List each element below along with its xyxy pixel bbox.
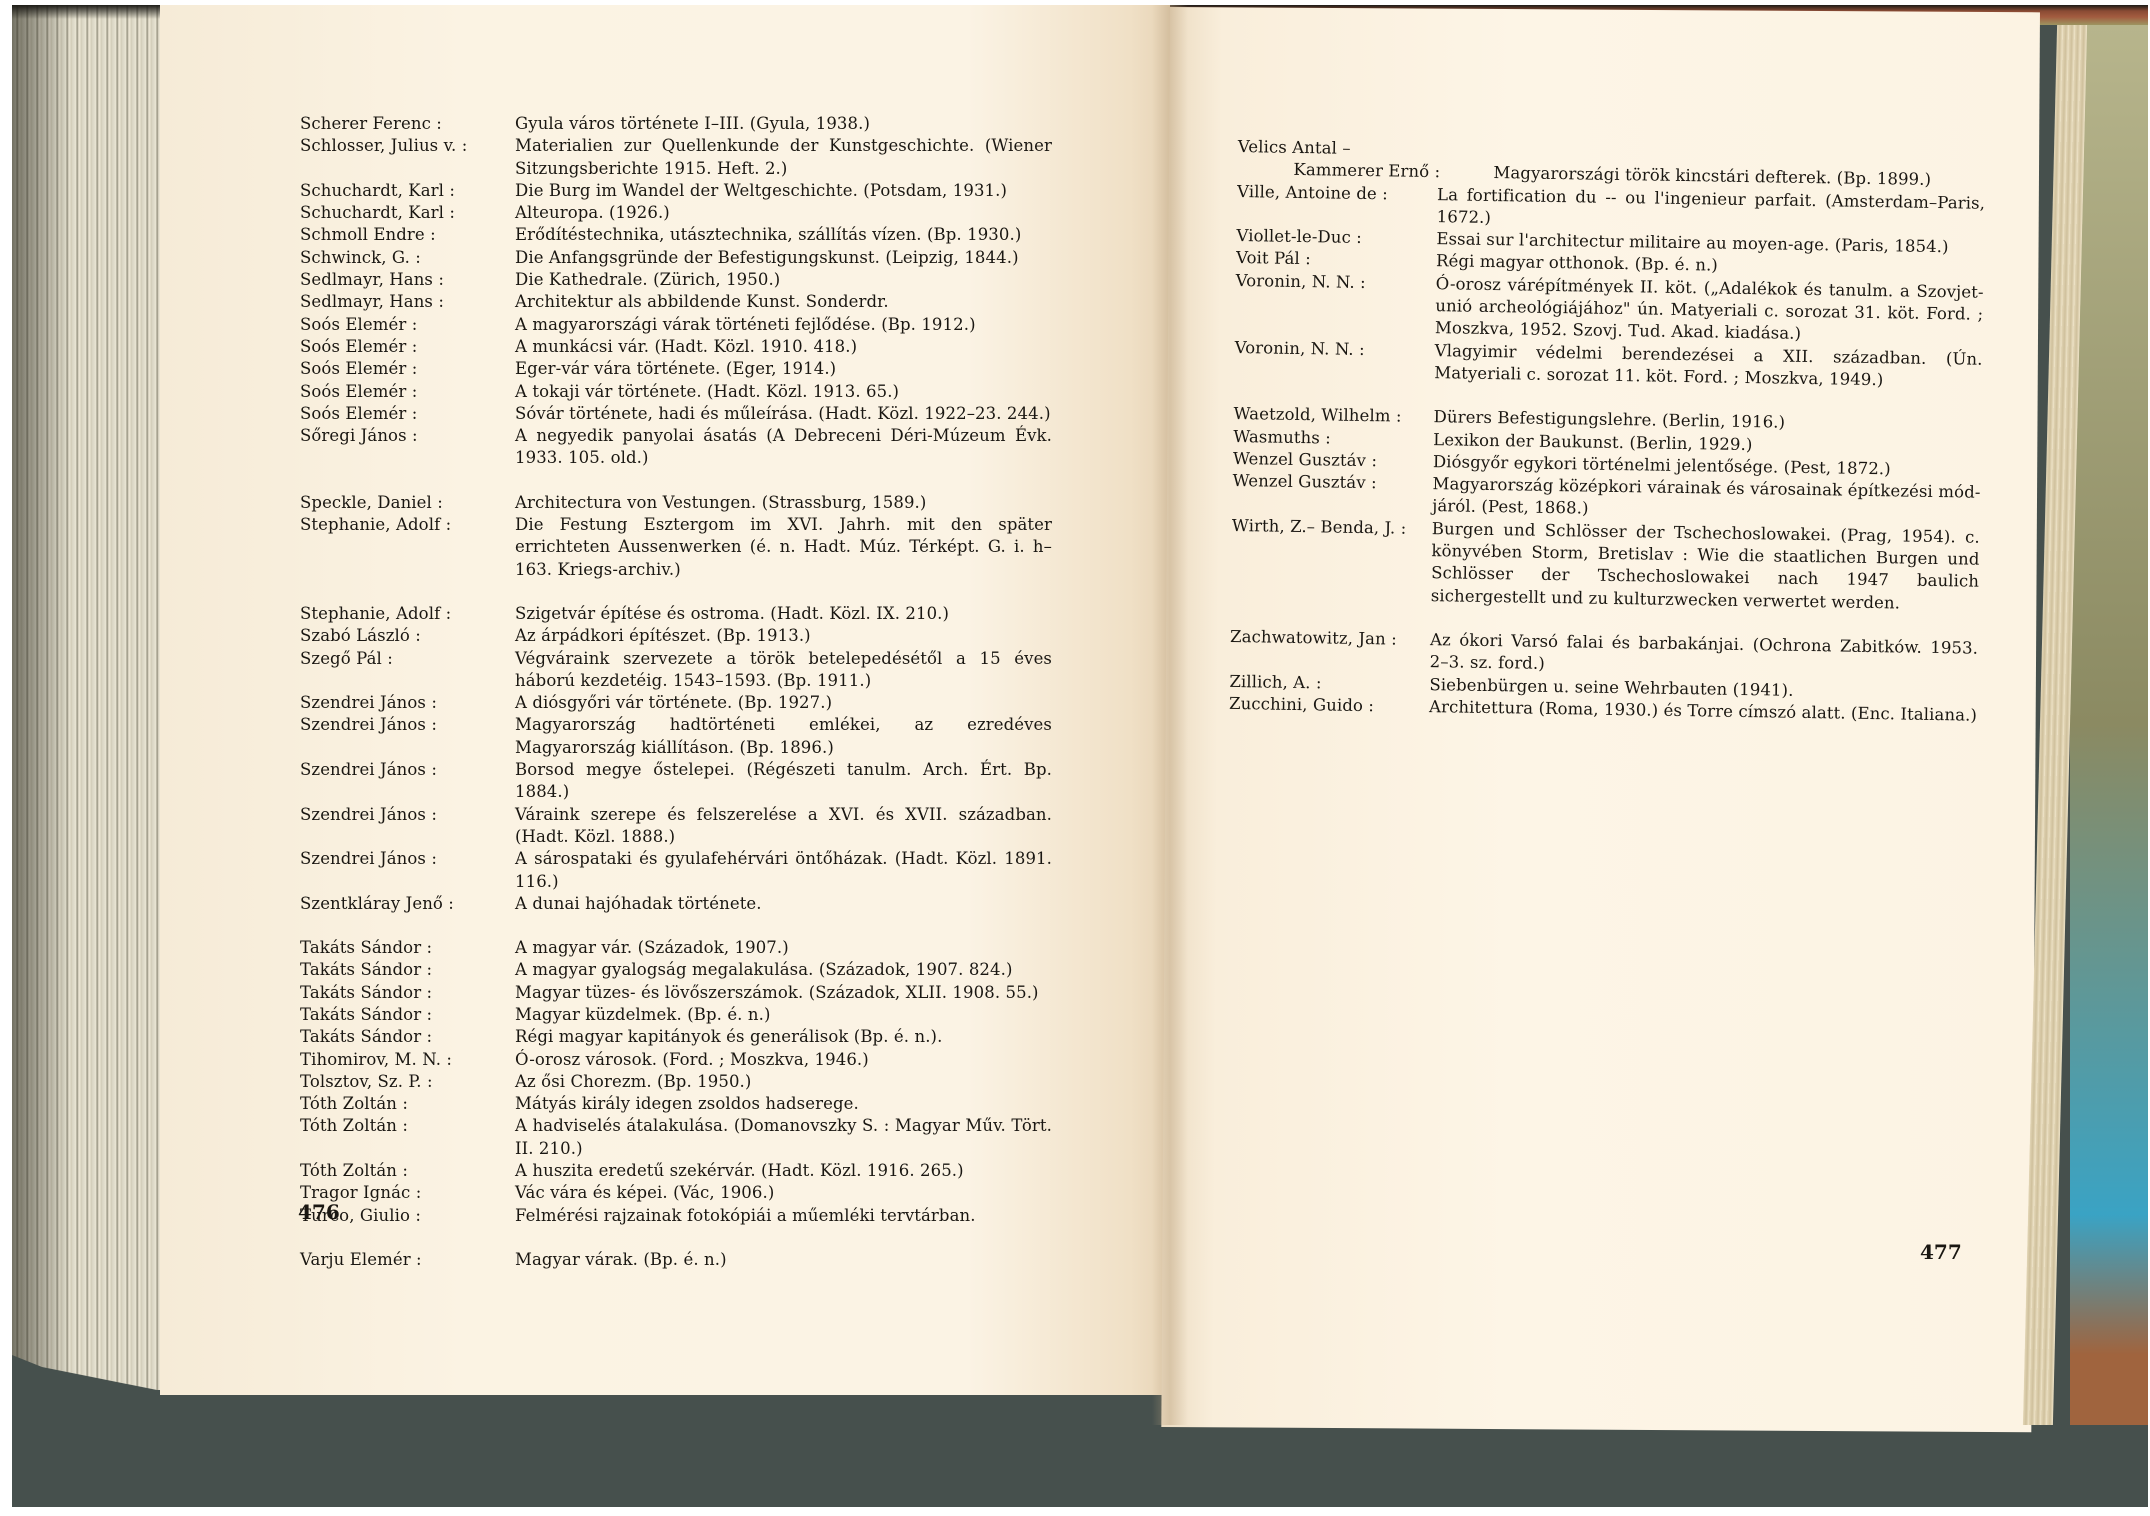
bibliography-entry: Schmoll Endre :Erődítéstechnika, utászte… — [300, 224, 1052, 246]
bibliography-entry: Sedlmayr, Hans :Die Kathedrale. (Zürich,… — [300, 269, 1052, 291]
entry-author: Takáts Sándor : — [300, 937, 515, 959]
entry-author: Soós Elemér : — [300, 314, 515, 336]
entry-author: Takáts Sándor : — [300, 1026, 515, 1048]
bibliography-entry: Soós Elemér :A munkácsi vár. (Hadt. Közl… — [300, 336, 1052, 358]
edge-top-shadow — [12, 5, 160, 19]
bibliography-entry: Sőregi János :A negyedik panyolai ásatás… — [300, 425, 1052, 470]
entry-title: Magyarország hadtörténeti emlékei, az ez… — [515, 714, 1052, 759]
entry-author: Scherer Ferenc : — [300, 113, 515, 135]
entry-title: Vlagyimir védelmi berendezései a XII. sz… — [1434, 340, 1983, 393]
left-page-bibliography: Scherer Ferenc :Gyula város története I–… — [300, 113, 1052, 1271]
entry-title: Magyar várak. (Bp. é. n.) — [515, 1249, 1052, 1271]
entry-author: Tihomirov, M. N. : — [300, 1049, 515, 1071]
entry-author: Schuchardt, Karl : — [300, 202, 515, 224]
entry-author: Stephanie, Adolf : — [300, 514, 515, 581]
entry-author: Schwinck, G. : — [300, 247, 515, 269]
entry-title: A magyarországi várak történeti fejlődés… — [515, 314, 1052, 336]
entry-title: Mátyás király idegen zsoldos hadserege. — [515, 1093, 1052, 1115]
bibliography-entry: Takáts Sándor :A magyar gyalogság megala… — [300, 959, 1052, 981]
entry-title: Ó-orosz várépítmények II. köt. („Adaléko… — [1435, 273, 1984, 348]
entry-title: A hadviselés átalakulása. (Domanovszky S… — [515, 1115, 1052, 1160]
bibliography-entry: Speckle, Daniel :Architectura von Vestun… — [300, 492, 1052, 514]
bibliography-entry: Szabó László :Az árpádkori építészet. (B… — [300, 625, 1052, 647]
entry-author: Szegő Pál : — [300, 648, 515, 693]
entry-title: Régi magyar kapitányok és generálisok (B… — [515, 1026, 1052, 1048]
entry-title: Burgen und Schlösser der Tschechoslowake… — [1431, 518, 1980, 616]
entry-author: Zachwatowitz, Jan : — [1230, 626, 1431, 674]
entry-title: A magyar gyalogság megalakulása. (Század… — [515, 959, 1052, 981]
entry-author: Zucchini, Guido : — [1229, 693, 1429, 718]
entry-author: Tóth Zoltán : — [300, 1160, 515, 1182]
bibliography-entry: Schuchardt, Karl :Die Burg im Wandel der… — [300, 180, 1052, 202]
entry-author: Soós Elemér : — [300, 358, 515, 380]
entry-title: A sárospataki és gyulafehérvári öntőháza… — [515, 848, 1052, 893]
entry-author: Sőregi János : — [300, 425, 515, 470]
entry-author: Voit Pál : — [1236, 247, 1436, 272]
bibliography-entry: Szendrei János :A diósgyőri vár történet… — [300, 692, 1052, 714]
bibliography-entry: Soós Elemér :A magyarországi várak törté… — [300, 314, 1052, 336]
bibliography-entry: Sedlmayr, Hans :Architektur als abbilden… — [300, 291, 1052, 313]
entry-author: Schmoll Endre : — [300, 224, 515, 246]
entry-author: Wenzel Gusztáv : — [1233, 448, 1433, 473]
page-number-right: 477 — [1920, 1240, 1962, 1264]
entry-author: Viollet-le-Duc : — [1236, 225, 1436, 250]
entry-author: Szendrei János : — [300, 848, 515, 893]
entry-title: Gyula város története I–III. (Gyula, 193… — [515, 113, 1052, 135]
entry-author: Szabó László : — [300, 625, 515, 647]
entry-title: A negyedik panyolai ásatás (A Debreceni … — [515, 425, 1052, 470]
entry-title: Architectura von Vestungen. (Strassburg,… — [515, 492, 1052, 514]
entry-title: Szigetvár építése és ostroma. (Hadt. Köz… — [515, 603, 1052, 625]
entry-author: Sedlmayr, Hans : — [300, 291, 515, 313]
bibliography-entry: Tóth Zoltán :A huszita eredetű szekérvár… — [300, 1160, 1052, 1182]
bibliography-entry: Tragor Ignác :Vác vára és képei. (Vác, 1… — [300, 1182, 1052, 1204]
entry-author: Speckle, Daniel : — [300, 492, 515, 514]
entry-title: A dunai hajóhadak története. — [515, 893, 1052, 915]
entry-title: Magyar küzdelmek. (Bp. é. n.) — [515, 1004, 1052, 1026]
entry-title: A magyar vár. (Századok, 1907.) — [515, 937, 1052, 959]
bibliography-entry: Takáts Sándor :Magyar küzdelmek. (Bp. é.… — [300, 1004, 1052, 1026]
bibliography-entry: Schlosser, Julius v. :Materialien zur Qu… — [300, 135, 1052, 180]
bibliography-entry: Szendrei János :Borsod megye őstelepei. … — [300, 759, 1052, 804]
bibliography-entry: Soós Elemér :Eger-vár vára története. (E… — [300, 358, 1052, 380]
entry-title: Die Festung Esztergom im XVI. Jahrh. mit… — [515, 514, 1052, 581]
entry-author: Szendrei János : — [300, 804, 515, 849]
entry-title: Váraink szerepe és felszerelése a XVI. é… — [515, 804, 1052, 849]
entry-author: Soós Elemér : — [300, 381, 515, 403]
bibliography-entry: Schwinck, G. :Die Anfangsgründe der Befe… — [300, 247, 1052, 269]
entry-author: Takáts Sándor : — [300, 982, 515, 1004]
bibliography-entry: Szendrei János :A sárospataki és gyulafe… — [300, 848, 1052, 893]
entry-author: Wirth, Z.– Benda, J. : — [1231, 515, 1432, 607]
entry-title: A diósgyőri vár története. (Bp. 1927.) — [515, 692, 1052, 714]
bibliography-entry: Soós Elemér :A tokaji vár története. (Ha… — [300, 381, 1052, 403]
bibliography-entry: Stephanie, Adolf :Die Festung Esztergom … — [300, 514, 1052, 581]
edge-shadow — [12, 5, 72, 1390]
entry-title: A tokaji vár története. (Hadt. Közl. 191… — [515, 381, 1052, 403]
entry-title: Végváraink szervezete a török betelepedé… — [515, 648, 1052, 693]
entry-author: Stephanie, Adolf : — [300, 603, 515, 625]
entry-author: Sedlmayr, Hans : — [300, 269, 515, 291]
entry-title: Alteuropa. (1926.) — [515, 202, 1052, 224]
entry-title: Sóvár története, hadi és műleírása. (Had… — [515, 403, 1052, 425]
bibliography-entry: Varju Elemér :Magyar várak. (Bp. é. n.) — [300, 1249, 1052, 1271]
entry-title: Materialien zur Quellenkunde der Kunstge… — [515, 135, 1052, 180]
entry-title: Felmérési rajzainak fotokópiái a műemlék… — [515, 1205, 1052, 1227]
entry-author: Soós Elemér : — [300, 336, 515, 358]
entry-author: Schuchardt, Karl : — [300, 180, 515, 202]
entry-author: Voronin, N. N. : — [1234, 337, 1435, 385]
entry-spacer — [300, 581, 1052, 603]
entry-author: Soós Elemér : — [300, 403, 515, 425]
entry-author: Takáts Sándor : — [300, 959, 515, 981]
entry-author: Wenzel Gusztáv : — [1232, 470, 1433, 518]
entry-author: Takáts Sándor : — [300, 1004, 515, 1026]
entry-title: Erődítéstechnika, utásztechnika, szállít… — [515, 224, 1052, 246]
entry-author: Ville, Antoine de : — [1237, 181, 1438, 229]
entry-author: Tolsztov, Sz. P. : — [300, 1071, 515, 1093]
entry-author: Schlosser, Julius v. : — [300, 135, 515, 180]
page-edge-stack-left — [12, 5, 160, 1390]
entry-title: A huszita eredetű szekérvár. (Hadt. Közl… — [515, 1160, 1052, 1182]
bibliography-entry: Stephanie, Adolf :Szigetvár építése és o… — [300, 603, 1052, 625]
entry-author: Zillich, A. : — [1229, 670, 1429, 695]
bibliography-entry: Szegő Pál :Végváraink szervezete a török… — [300, 648, 1052, 693]
entry-author: Szentkláray Jenő : — [300, 893, 515, 915]
entry-author: Tóth Zoltán : — [300, 1093, 515, 1115]
entry-author: Tóth Zoltán : — [300, 1115, 515, 1160]
entry-title: Die Anfangsgründe der Befestigungskunst.… — [515, 247, 1052, 269]
entry-title: Az árpádkori építészet. (Bp. 1913.) — [515, 625, 1052, 647]
bibliography-entry: Voronin, N. N. :Ó-orosz várépítmények II… — [1235, 270, 1984, 349]
bibliography-entry: Szendrei János :Magyarország hadtörténet… — [300, 714, 1052, 759]
bibliography-entry: Takáts Sándor :A magyar vár. (Századok, … — [300, 937, 1052, 959]
entry-author: Varju Elemér : — [300, 1249, 515, 1271]
bibliography-entry: Tóth Zoltán :A hadviselés átalakulása. (… — [300, 1115, 1052, 1160]
entry-spacer — [300, 915, 1052, 937]
entry-author: Waetzold, Wilhelm : — [1233, 403, 1433, 428]
entry-author: Szendrei János : — [300, 692, 515, 714]
bibliography-entry: Takáts Sándor :Magyar tüzes- és lövőszer… — [300, 982, 1052, 1004]
entry-title: Magyar tüzes- és lövőszerszámok. (Század… — [515, 982, 1052, 1004]
entry-author: Szendrei János : — [300, 759, 515, 804]
entry-author: Szendrei János : — [300, 714, 515, 759]
entry-title: Vác vára és képei. (Vác, 1906.) — [515, 1182, 1052, 1204]
entry-spacer — [300, 1227, 1052, 1249]
bibliography-entry: Szentkláray Jenő :A dunai hajóhadak tört… — [300, 893, 1052, 915]
entry-title: Architektur als abbildende Kunst. Sonder… — [515, 291, 1052, 313]
bibliography-entry: Wirth, Z.– Benda, J. :Burgen und Schlöss… — [1231, 515, 1980, 616]
entry-title: Eger-vár vára története. (Eger, 1914.) — [515, 358, 1052, 380]
bibliography-entry: Scherer Ferenc :Gyula város története I–… — [300, 113, 1052, 135]
bibliography-entry: Tóth Zoltán :Mátyás király idegen zsoldo… — [300, 1093, 1052, 1115]
entry-title: Ó-orosz városok. (Ford. ; Moszkva, 1946.… — [515, 1049, 1052, 1071]
bibliography-entry: Schuchardt, Karl :Alteuropa. (1926.) — [300, 202, 1052, 224]
entry-title: Die Kathedrale. (Zürich, 1950.) — [515, 269, 1052, 291]
bibliography-entry: Soós Elemér :Sóvár története, hadi és mű… — [300, 403, 1052, 425]
entry-title: Borsod megye őstelepei. (Régészeti tanul… — [515, 759, 1052, 804]
bibliography-entry: Tihomirov, M. N. :Ó-orosz városok. (Ford… — [300, 1049, 1052, 1071]
book-gutter — [1152, 5, 1188, 1425]
bibliography-entry: Turco, Giulio :Felmérési rajzainak fotok… — [300, 1205, 1052, 1227]
bibliography-entry: Takáts Sándor :Régi magyar kapitányok és… — [300, 1026, 1052, 1048]
entry-title: A munkácsi vár. (Hadt. Közl. 1910. 418.) — [515, 336, 1052, 358]
right-page-bibliography: Velics Antal –Kammerer Ernő :Magyarorszá… — [1229, 136, 1986, 727]
bibliography-entry: Tolsztov, Sz. P. :Az ősi Chorezm. (Bp. 1… — [300, 1071, 1052, 1093]
entry-title: Az ősi Chorezm. (Bp. 1950.) — [515, 1071, 1052, 1093]
entry-author: Voronin, N. N. : — [1235, 270, 1436, 340]
entry-spacer — [300, 470, 1052, 492]
entry-author: Wasmuths : — [1233, 426, 1433, 451]
bibliography-entry: Szendrei János :Váraink szerepe és felsz… — [300, 804, 1052, 849]
entry-author: Velics Antal – — [1238, 136, 1438, 161]
page-number-left: 476 — [298, 1200, 340, 1224]
entry-title: Die Burg im Wandel der Weltgeschichte. (… — [515, 180, 1052, 202]
